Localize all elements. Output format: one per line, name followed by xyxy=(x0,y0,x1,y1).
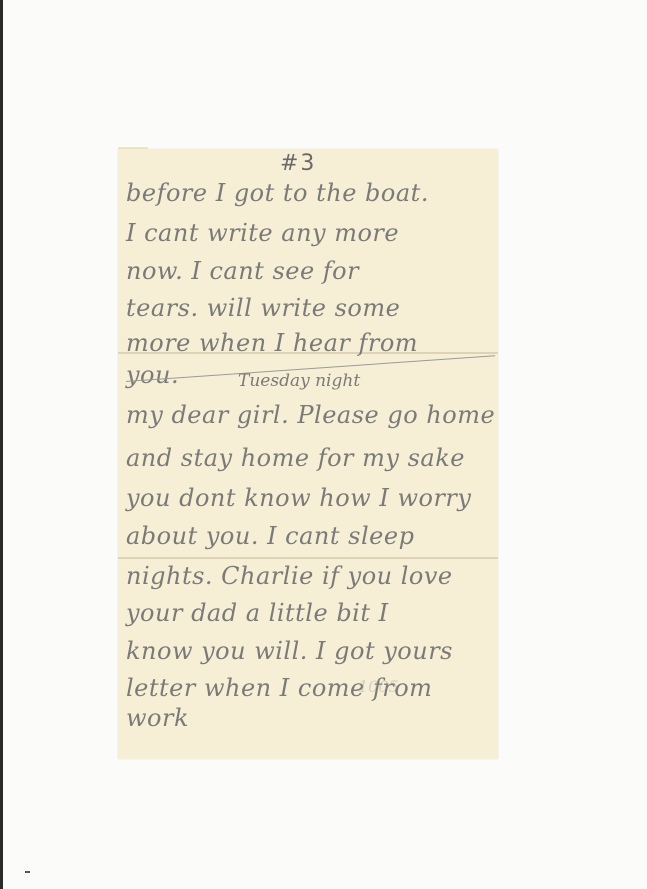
letter-line: more when I hear from xyxy=(126,329,418,357)
scan-speck xyxy=(25,871,30,873)
letter-line: and stay home for my sake xyxy=(126,444,465,472)
letter-line: you. xyxy=(126,361,179,389)
scan-edge xyxy=(0,0,3,889)
page-number: #3 xyxy=(280,151,316,176)
section-heading: Tuesday night xyxy=(238,371,360,391)
letter-line: nights. Charlie if you love xyxy=(126,562,453,590)
letter-line: my dear girl. Please go home xyxy=(126,401,495,429)
letter-line: tears. will write some xyxy=(126,294,400,322)
letter-page: #3 before I got to the boat. I cant writ… xyxy=(118,149,498,759)
letter-line: know you will. I got yours xyxy=(126,637,453,665)
letter-line: I cant write any more xyxy=(126,219,399,247)
letter-line: about you. I cant sleep xyxy=(126,522,414,550)
letter-line: your dad a little bit I xyxy=(126,599,389,627)
bleed-through-text: 1005 xyxy=(358,677,399,696)
letter-line: before I got to the boat. xyxy=(126,179,429,207)
letter-line: now. I cant see for xyxy=(126,257,359,285)
fold-line xyxy=(118,557,498,559)
letter-line: work xyxy=(126,704,189,732)
letter-line: you dont know how I worry xyxy=(126,484,471,512)
